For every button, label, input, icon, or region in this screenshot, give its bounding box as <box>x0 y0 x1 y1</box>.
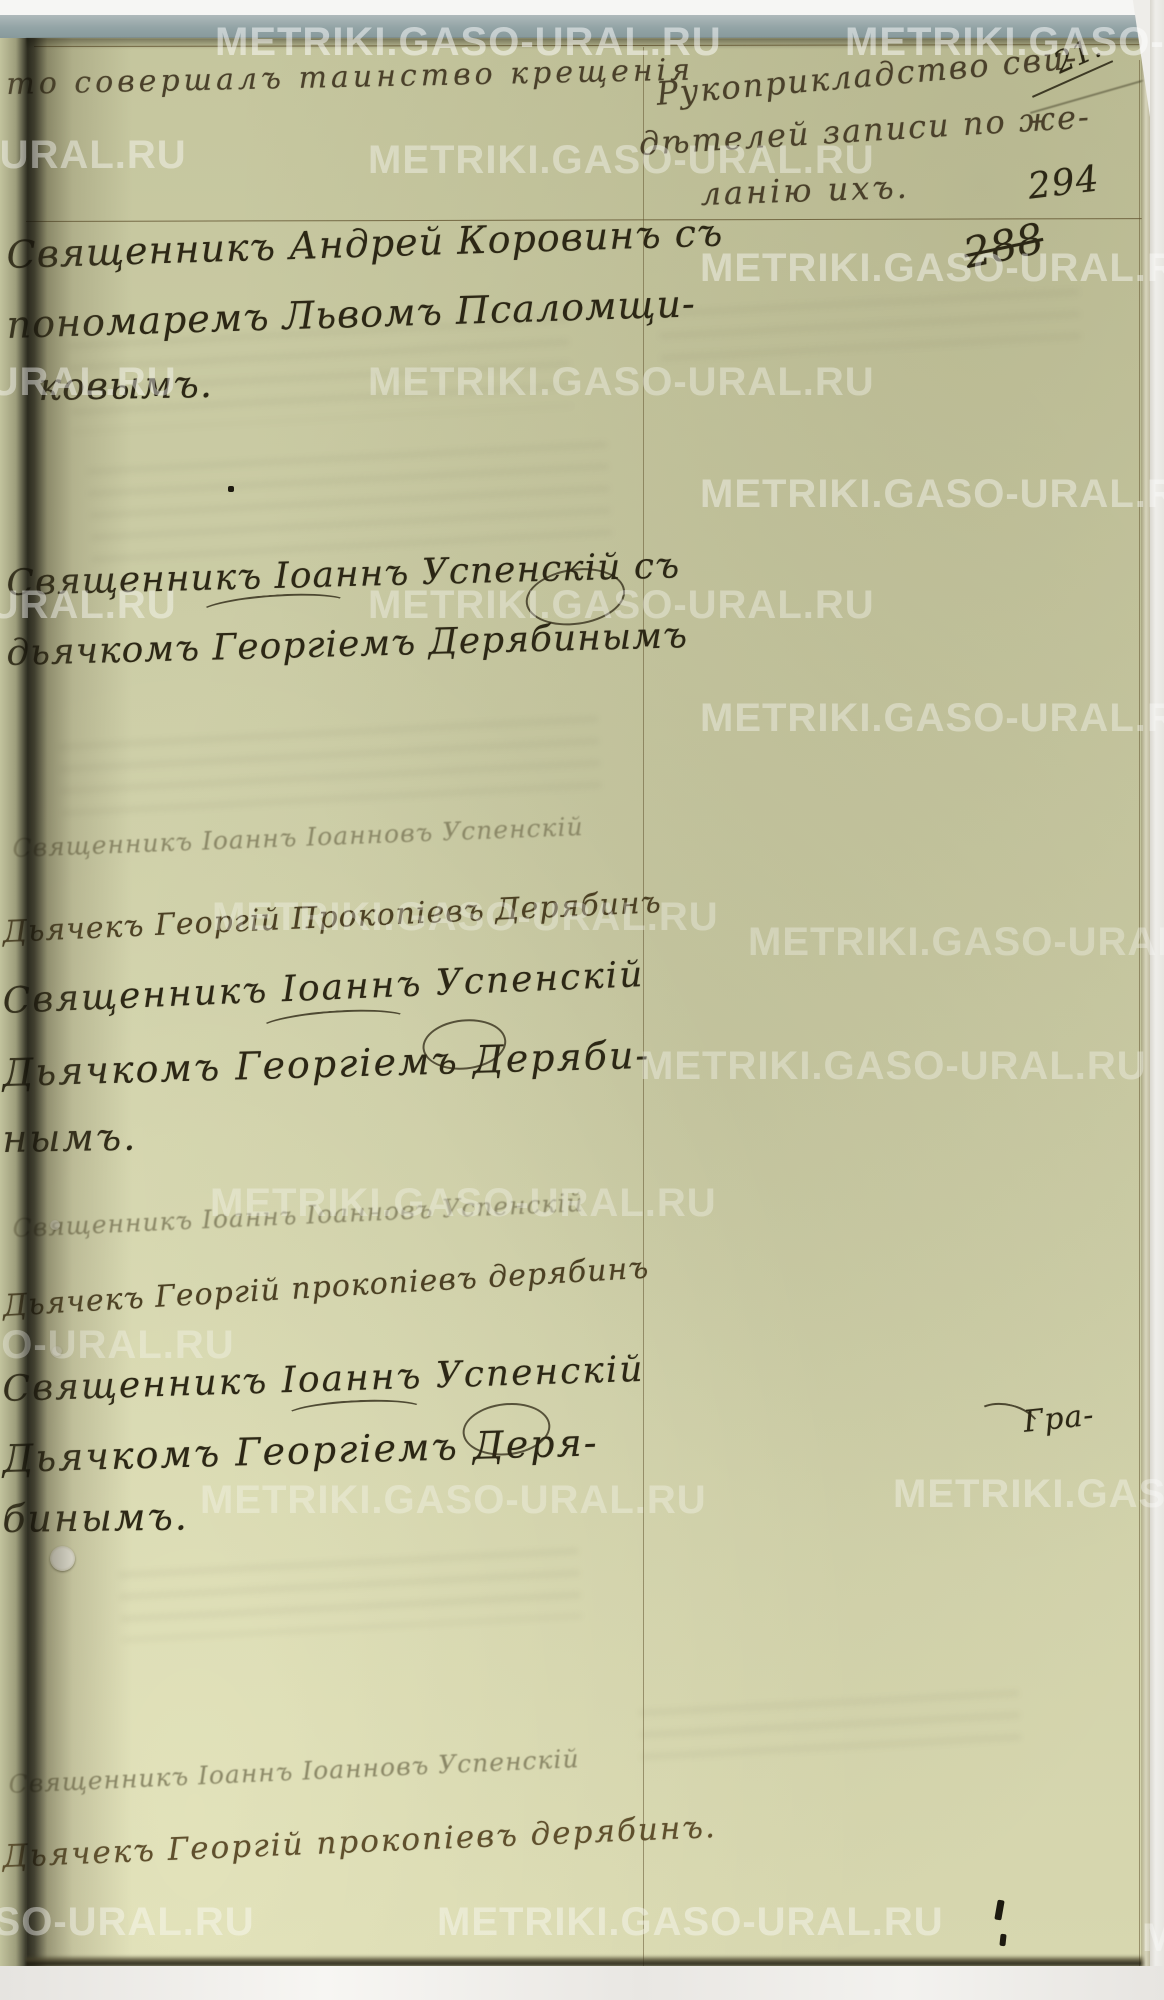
archival-document-scan: то совершалъ таинство крещеніяРукоприкла… <box>0 0 1164 2000</box>
entry5-line3: нымъ. <box>2 1118 138 1158</box>
entry8-line3: бинымъ. <box>2 1497 189 1538</box>
page-right-border-line <box>1139 60 1140 1968</box>
margin-note-gra: Гра- <box>1022 1401 1096 1438</box>
header-right-line-3: ланію ихъ. <box>700 171 910 210</box>
entry1-line3: ковымъ. <box>38 365 213 406</box>
scanner-background-bottom <box>0 1966 1164 2000</box>
page-number-main: 294 <box>1026 161 1102 205</box>
paper-wormhole <box>50 1546 75 1571</box>
paper-wormhole <box>52 1346 62 1356</box>
column-divider-line <box>643 47 644 1968</box>
paper-wormhole <box>50 1220 60 1230</box>
scanner-background-right <box>1150 0 1164 2000</box>
